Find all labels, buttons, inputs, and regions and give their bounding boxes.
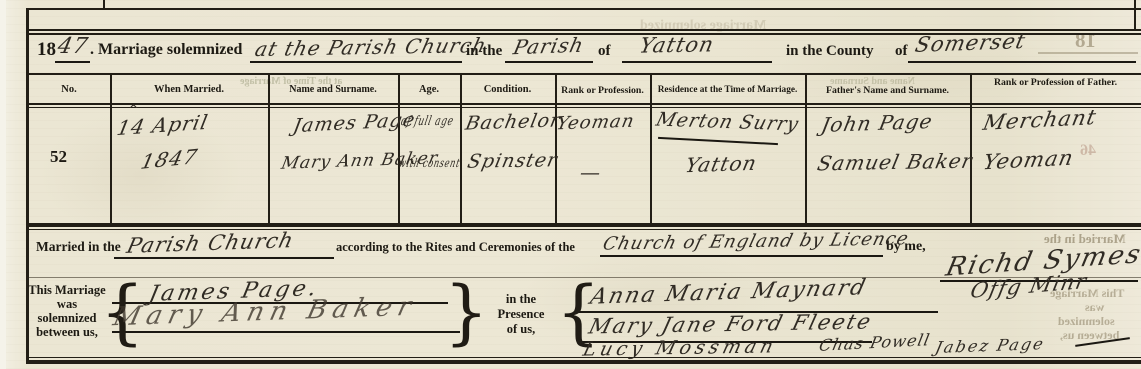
blank-underline bbox=[622, 61, 772, 63]
place-handwritten: Yatton bbox=[637, 32, 716, 57]
scan-edge bbox=[0, 0, 6, 369]
bride-condition-handwritten: Spinster bbox=[465, 149, 559, 173]
bride-father-handwritten: Samuel Baker bbox=[815, 149, 975, 176]
signature-underline bbox=[112, 331, 460, 333]
bride-age-handwritten: with consent bbox=[398, 156, 462, 170]
solemnized-label-line: This Marriage bbox=[28, 283, 106, 298]
solemnized-label-line: solemnized bbox=[28, 311, 106, 326]
blank-underline bbox=[55, 61, 90, 63]
solemnized-label-line: between us, bbox=[28, 325, 106, 340]
column-header-no: No. bbox=[28, 84, 110, 95]
column-header-age: Age. bbox=[398, 84, 460, 95]
county-printed: in the County bbox=[786, 43, 874, 60]
showthrough-line bbox=[1038, 52, 1138, 54]
county-handwritten: Somerset bbox=[913, 29, 1028, 57]
married-in-the-printed: Married in the bbox=[36, 239, 121, 255]
column-header-residence: Residence at the Time of Marriage. bbox=[650, 85, 805, 95]
bride-residence-handwritten: Yatton bbox=[683, 151, 759, 177]
date-year-handwritten: 1847 bbox=[139, 144, 201, 174]
bride-father-rank-handwritten: Yeoman bbox=[981, 146, 1076, 175]
groom-residence-handwritten: Merton Surry bbox=[654, 109, 802, 136]
showthrough-text: 18 bbox=[1075, 28, 1096, 53]
column-header-condition: Condition. bbox=[460, 84, 555, 95]
year-printed: 18 bbox=[37, 39, 56, 61]
column-divider bbox=[268, 73, 270, 225]
church-handwritten: at the Parish Church bbox=[253, 33, 490, 61]
table-bottom-thick-line bbox=[27, 223, 1141, 227]
column-divider bbox=[460, 73, 462, 225]
bride-rank-dash: — bbox=[580, 160, 601, 184]
parish-handwritten: Parish bbox=[511, 33, 586, 59]
header-bottom-double-line bbox=[27, 103, 1141, 105]
title-printed: . Marriage solemnized bbox=[90, 41, 242, 59]
ceremony-church-handwritten: Parish Church bbox=[124, 228, 296, 258]
of-printed: of bbox=[598, 43, 611, 60]
top-remnant-tick bbox=[1134, 0, 1136, 29]
column-header-father-rank: Rank or Profession of Father. bbox=[972, 77, 1139, 89]
blank-underline bbox=[600, 255, 883, 257]
column-header-when-married: When Married. bbox=[110, 84, 268, 95]
top-remnant-tick bbox=[103, 0, 105, 8]
presence-label-line: of us, bbox=[486, 322, 556, 337]
showthrough-text: was bbox=[1085, 300, 1104, 315]
witness-signature-2: Mary Jane Ford Fleete bbox=[586, 310, 875, 339]
date-day-month-handwritten: 14 April bbox=[115, 110, 211, 140]
presence-label-line: in the bbox=[486, 292, 556, 307]
right-brace: } bbox=[444, 277, 489, 347]
year-handwritten: 47 bbox=[55, 34, 90, 59]
blank-underline bbox=[250, 61, 462, 63]
marriage-register-scan: 18 Marriage solemnized at the Time of Ma… bbox=[0, 0, 1141, 369]
of-printed: of bbox=[895, 43, 908, 60]
entry-number: 52 bbox=[50, 147, 67, 167]
residence-flourish bbox=[658, 137, 778, 145]
groom-father-handwritten: John Page bbox=[819, 109, 935, 137]
table-top-line bbox=[27, 73, 1141, 75]
rites-handwritten: Church of England by Licence bbox=[601, 228, 912, 254]
groom-age-handwritten: of full age bbox=[399, 114, 455, 129]
showthrough-text: solemnized bbox=[1058, 314, 1115, 329]
blank-underline bbox=[908, 61, 1136, 63]
witness-signature-3: Lucy Mossman bbox=[581, 335, 780, 360]
groom-rank-handwritten: Yeoman bbox=[555, 111, 637, 135]
solemnized-label-line: was bbox=[28, 297, 106, 312]
witness-signature-5: Jabez Page bbox=[934, 334, 1047, 357]
witness-signature-1: Anna Maria Maynard bbox=[588, 275, 870, 310]
table-bottom-thin-line bbox=[27, 229, 1141, 231]
showthrough-text: 46 bbox=[1080, 142, 1096, 160]
groom-condition-handwritten: Bachelor bbox=[463, 109, 562, 134]
column-divider bbox=[110, 73, 112, 225]
header-bottom-double-line bbox=[27, 107, 1141, 109]
top-remnant-line bbox=[27, 8, 1141, 10]
column-header-rank-profession: Rank or Profession. bbox=[552, 85, 653, 96]
blank-underline bbox=[114, 257, 334, 259]
according-printed: according to the Rites and Ceremonies of… bbox=[336, 240, 575, 255]
blank-underline bbox=[505, 61, 593, 63]
column-header-name-surname: Name and Surname. bbox=[268, 84, 398, 95]
presence-label-line: Presence bbox=[486, 307, 556, 322]
groom-father-rank-handwritten: Merchant bbox=[981, 105, 1099, 135]
column-header-father-name: Father's Name and Surname. bbox=[805, 85, 970, 96]
